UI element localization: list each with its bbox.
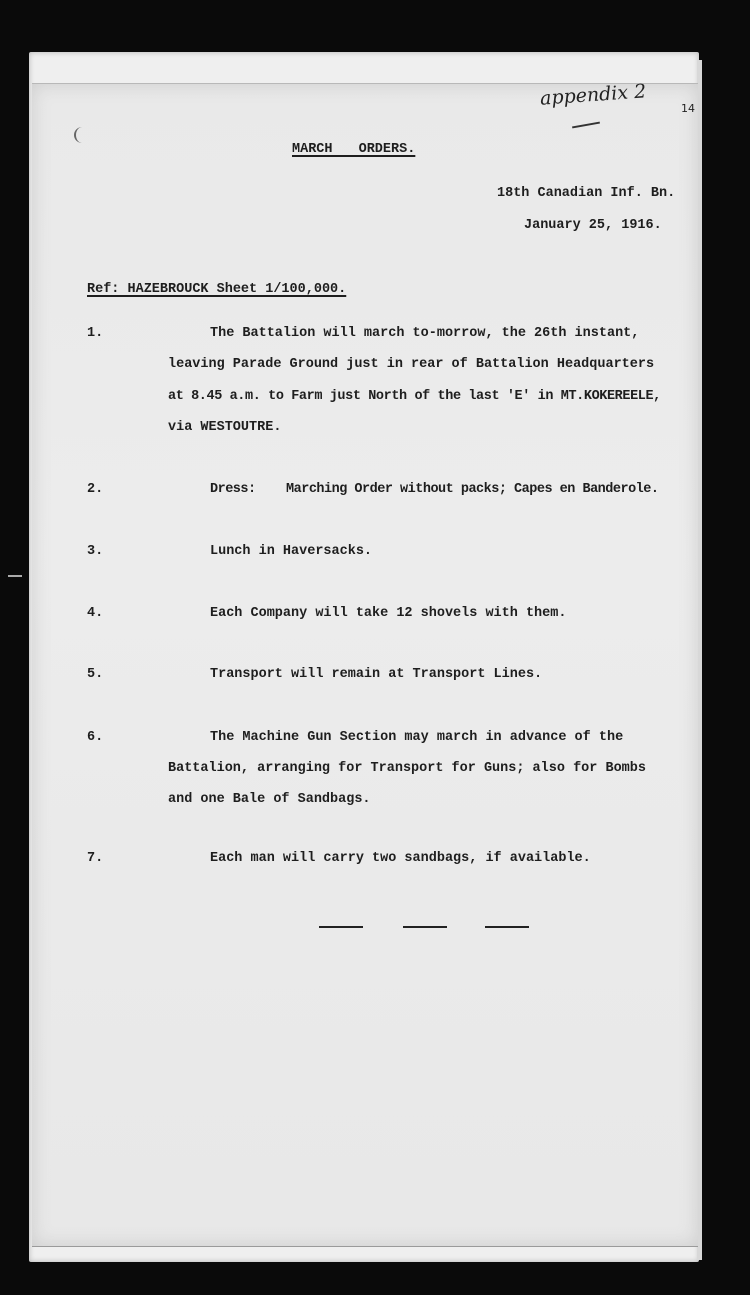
closing-dash xyxy=(319,926,363,928)
order-text-line: and one Bale of Sandbags. xyxy=(168,792,371,807)
order-number: 4. xyxy=(87,606,103,621)
order-number: 7. xyxy=(87,851,103,866)
unit-name: 18th Canadian Inf. Bn. xyxy=(497,186,675,201)
closing-dash xyxy=(403,926,447,928)
punch-hole-mark xyxy=(74,127,84,143)
order-text-line: Each Company will take 12 shovels with t… xyxy=(210,606,566,621)
document-title: MARCH ORDERS. xyxy=(292,142,415,157)
order-text-line: Lunch in Haversacks. xyxy=(210,544,372,559)
order-text-line: The Machine Gun Section may march in adv… xyxy=(210,730,623,745)
order-number: 5. xyxy=(87,667,103,682)
order-number: 1. xyxy=(87,326,103,341)
order-text-line: at 8.45 a.m. to Farm just North of the l… xyxy=(168,389,661,404)
order-text-line: Each man will carry two sandbags, if ava… xyxy=(210,851,591,866)
order-number: 3. xyxy=(87,544,103,559)
order-number: 6. xyxy=(87,730,103,745)
closing-dash xyxy=(485,926,529,928)
order-text-line: leaving Parade Ground just in rear of Ba… xyxy=(168,357,654,372)
map-reference: Ref: HAZEBROUCK Sheet 1/100,000. xyxy=(87,282,346,297)
order-text-line: The Battalion will march to-morrow, the … xyxy=(210,326,639,341)
order-text-line: via WESTOUTRE. xyxy=(168,420,281,435)
order-text-line: Transport will remain at Transport Lines… xyxy=(210,667,542,682)
folio-number: 14 xyxy=(681,102,695,115)
scanned-document: appendix 2 14 MARCH ORDERS. 18th Canadia… xyxy=(0,0,750,1295)
scan-mark xyxy=(8,575,22,577)
document-page xyxy=(32,83,698,1247)
order-text-line: Battalion, arranging for Transport for G… xyxy=(168,761,646,776)
document-date: January 25, 1916. xyxy=(524,218,662,233)
order-text-line: Dress: Marching Order without packs; Cap… xyxy=(210,482,658,497)
order-number: 2. xyxy=(87,482,103,497)
